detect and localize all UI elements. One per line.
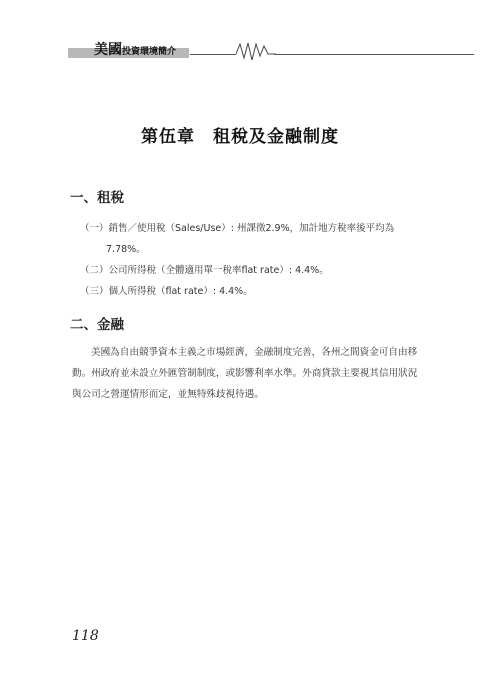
running-header: 美國投資環境簡介: [64, 38, 414, 60]
tax-item-corporate: （二）公司所得稅（全體適用單一稅率flat rate）: 4.4%。: [80, 262, 329, 276]
section-heading-finance: 二、金融: [70, 313, 124, 333]
chapter-number: 第伍章: [141, 127, 195, 147]
finance-paragraph: 美國為自由競爭資本主義之市場經濟，金融制度完善，各州之間資金可自由移 動。州政府…: [72, 342, 420, 405]
paragraph-line: 與公司之營運情形而定，並無特殊歧視待遇。: [72, 384, 420, 405]
chapter-title: 第伍章租稅及金融制度: [0, 122, 480, 147]
header-title-main: 美國: [94, 42, 122, 58]
header-title-sub: 投資環境簡介: [122, 47, 176, 57]
section-heading-tax: 一、租稅: [70, 186, 124, 206]
tax-item-sales-cont: 7.78%。: [106, 241, 146, 255]
header-title: 美國投資環境簡介: [94, 41, 176, 60]
chapter-name: 租稅及金融制度: [213, 127, 339, 147]
header-rule-right: [274, 54, 474, 55]
tax-item-sales: （一）銷售／使用稅（Sales/Use）: 州課徵2.9%，加計地方稅率後平均為: [80, 220, 394, 234]
header-rule-left: [190, 54, 236, 55]
paragraph-line: 美國為自由競爭資本主義之市場經濟，金融制度完善，各州之間資金可自由移: [72, 342, 420, 363]
paragraph-line: 動。州政府並未設立外匯管制制度，或影響利率水準。外商貸款主要視其信用狀況: [72, 363, 420, 384]
zigzag-wave-icon: [236, 40, 276, 62]
page-number: 118: [72, 628, 99, 644]
tax-item-personal: （三）個人所得稅（flat rate）: 4.4%。: [80, 283, 253, 297]
